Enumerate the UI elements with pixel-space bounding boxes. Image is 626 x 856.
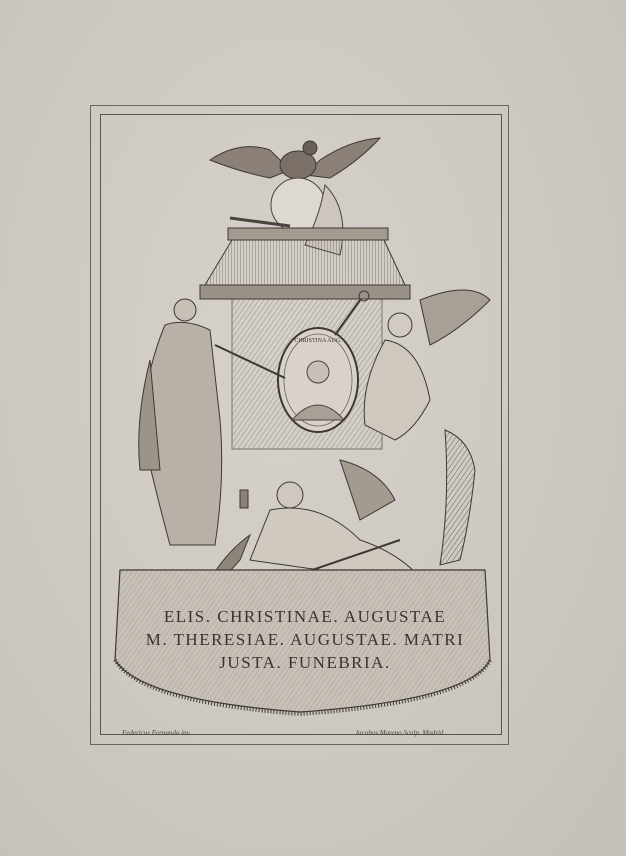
inscription-line-2: M. THERESIAE. AUGUSTAE. MATRI	[140, 630, 470, 650]
portrait-medallion: CHRISTINA AUG.	[278, 328, 358, 432]
eagle	[210, 138, 380, 179]
inscription-line-1: ELIS. CHRISTINAE. AUGUSTAE	[140, 607, 470, 627]
medallion-legend: CHRISTINA AUG.	[294, 338, 342, 344]
scroll-bracket	[440, 430, 475, 565]
engraving-illustration: CHRISTINA AUG.	[0, 0, 626, 856]
designer-credit: Federicus Fernando inv.	[122, 729, 191, 737]
engraver-credit: Jacobus Moreno Sculp. Madrid.	[355, 729, 445, 737]
inscription-line-3: JUSTA. FUNEBRIA.	[140, 653, 470, 673]
hourglass	[240, 490, 248, 508]
